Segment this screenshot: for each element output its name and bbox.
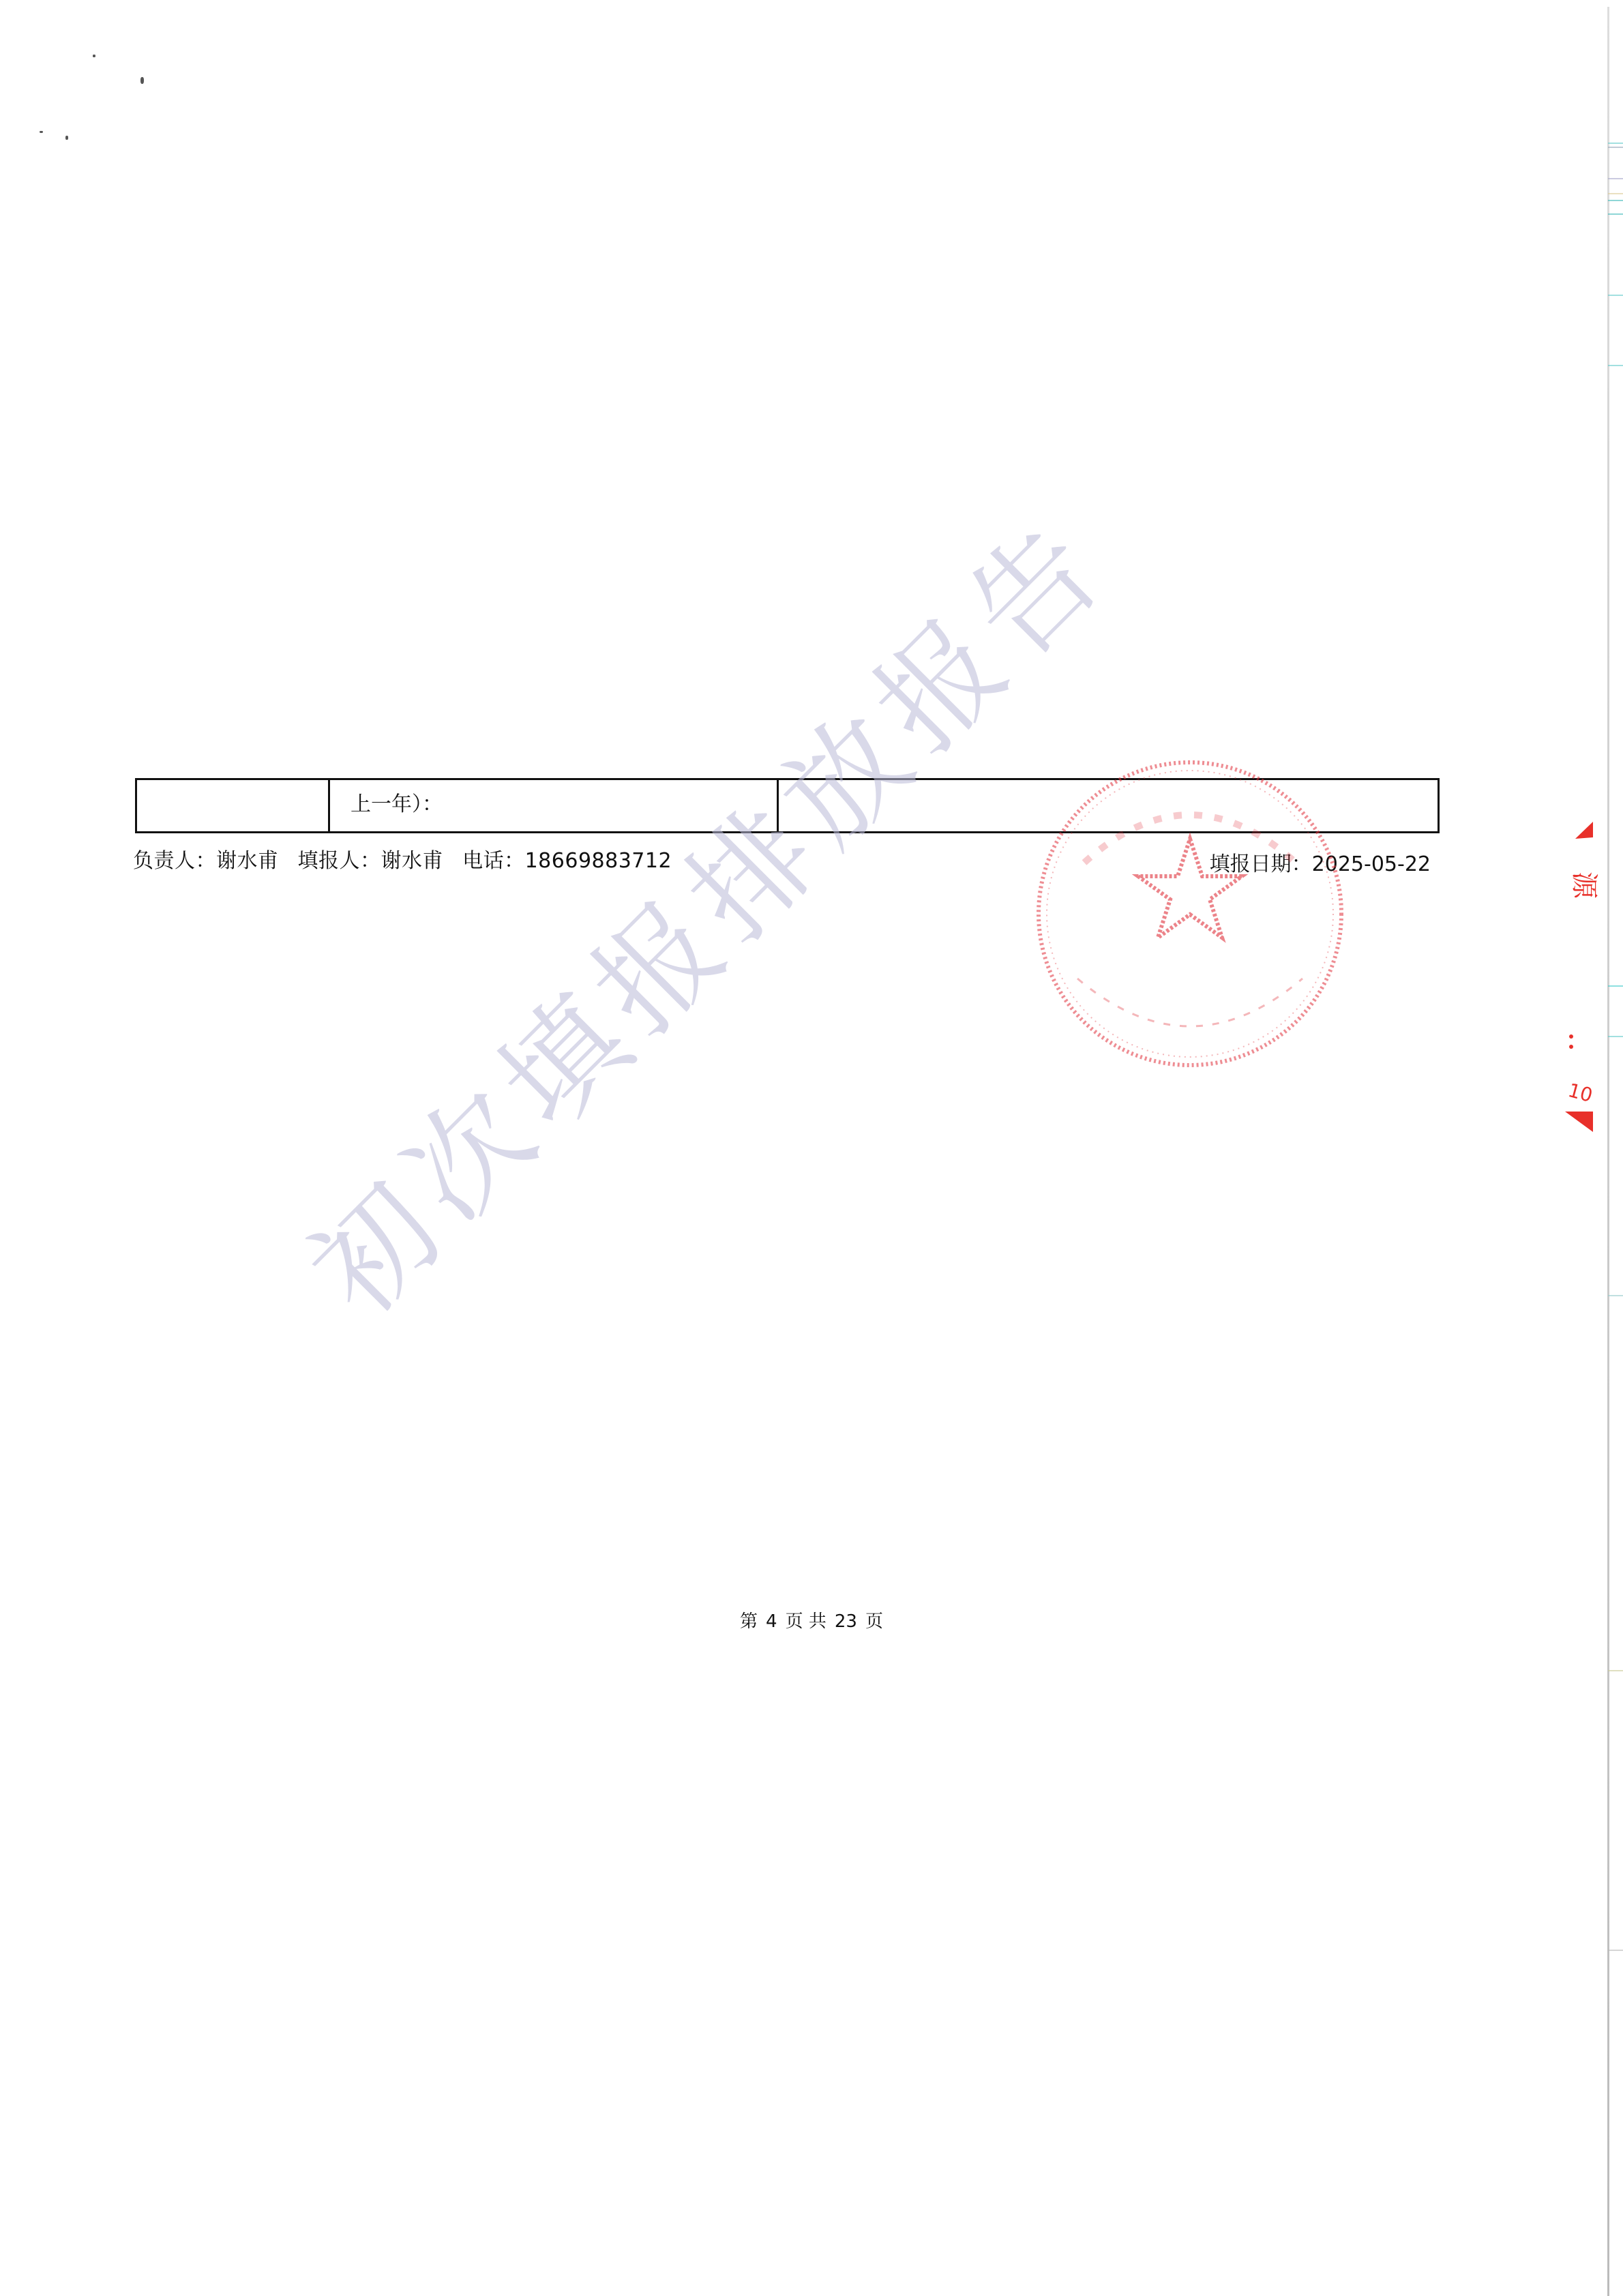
scan-speck [65, 136, 68, 140]
svg-text:源: 源 [1568, 871, 1600, 899]
official-seal-icon [1030, 754, 1350, 1074]
filler-name: 谢水甫 [381, 849, 444, 873]
page-total: 23 [835, 1611, 857, 1632]
signature-line: 负责人：谢水甫 填报人：谢水甫 电话：18669883712 [133, 844, 684, 874]
cell-text: 上一年）： [351, 787, 443, 817]
phone-label: 电话： [462, 849, 525, 873]
scan-speck [93, 55, 95, 57]
scan-speck [140, 77, 144, 84]
page-suffix: 页 [865, 1611, 883, 1632]
responsible-label: 负责人： [133, 849, 216, 873]
filler-label: 填报人： [298, 849, 381, 873]
scan-edge-ticks [1608, 0, 1623, 2296]
page-middle: 页 共 [786, 1611, 827, 1632]
watermark: 初次填报排放报告 [267, 473, 1140, 1347]
side-stamp-fragment-icon: 源 10 [1562, 811, 1603, 1139]
responsible-name: 谢水甫 [216, 849, 279, 873]
filler-person: 填报人：谢水甫 [298, 849, 444, 873]
svg-text:10: 10 [1566, 1079, 1595, 1107]
responsible-person: 负责人：谢水甫 [133, 849, 279, 873]
table-cell [136, 779, 329, 833]
page-prefix: 第 [740, 1611, 758, 1632]
page-current: 4 [766, 1611, 777, 1632]
scan-speck [40, 131, 43, 133]
page-number: 第4页 共23页 [0, 1607, 1623, 1632]
